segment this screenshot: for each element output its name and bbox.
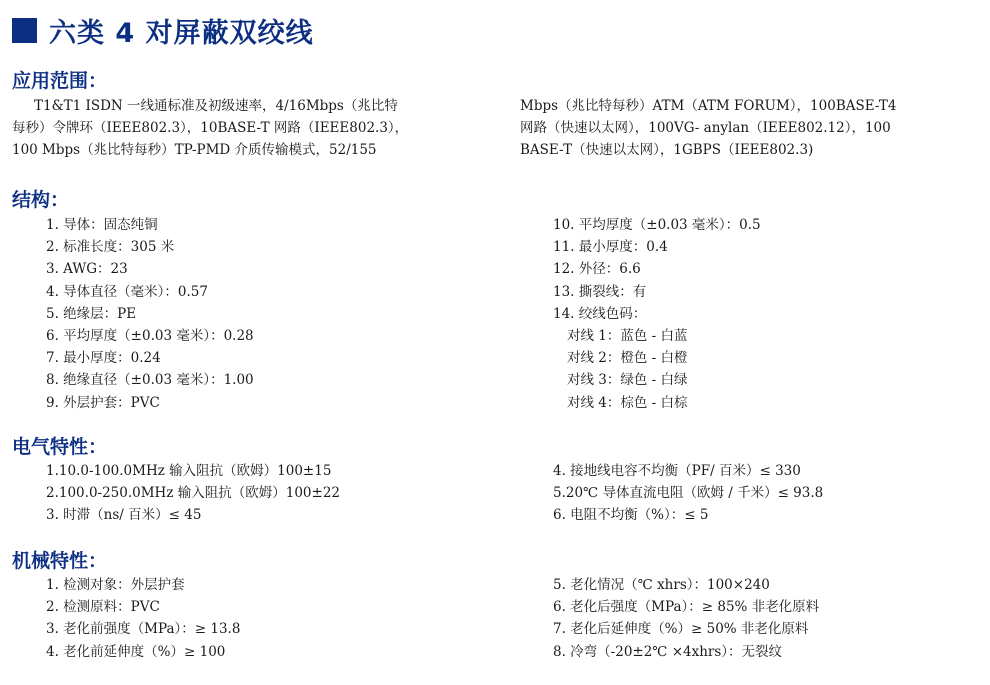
list-item: 6. 老化后强度（MPa）：≥ 85% 非老化原料: [553, 596, 819, 618]
list-item: 1. 检测对象：外层护套: [46, 574, 240, 596]
list-item: 1.10.0-100.0MHz 输入阻抗（欧姆）100±15: [46, 460, 340, 482]
list-item: 3. 时滞（ns/ 百米）≤ 45: [46, 504, 340, 526]
electrical-heading: 电气特性：: [12, 432, 107, 459]
list-item: 7. 最小厚度：0.24: [46, 347, 254, 369]
page-title: 六类 4 对屏蔽双绞线: [12, 12, 314, 48]
title-square-icon: [12, 18, 37, 43]
list-item: 6. 电阻不均衡（%）：≤ 5: [553, 504, 823, 526]
title-text: 六类 4 对屏蔽双绞线: [49, 11, 314, 50]
list-item: 8. 绝缘直径（±0.03 毫米）：1.00: [46, 369, 254, 391]
list-item: 7. 老化后延伸度（%）≥ 50% 非老化原料: [553, 618, 819, 640]
mechanical-right-list: 5. 老化情况（℃ xhrs）：100×240 6. 老化后强度（MPa）：≥ …: [553, 574, 819, 663]
list-item: 9. 外层护套：PVC: [46, 392, 254, 414]
list-item: 2.100.0-250.0MHz 输入阻抗（欧姆）100±22: [46, 482, 340, 504]
list-item: 4. 老化前延伸度（%）≥ 100: [46, 641, 240, 663]
color-code-item: 对线 3：绿色 - 白绿: [553, 369, 761, 391]
color-code-item: 对线 2：橙色 - 白橙: [553, 347, 761, 369]
list-item: 3. AWG：23: [46, 258, 254, 280]
structure-right-list: 10. 平均厚度（±0.03 毫米）：0.5 11. 最小厚度：0.4 12. …: [553, 214, 761, 414]
list-item: 11. 最小厚度：0.4: [553, 236, 761, 258]
list-item: 8. 冷弯（-20±2℃ ×4xhrs）：无裂纹: [553, 641, 819, 663]
application-left-line: T1&T1 ISDN 一线通标准及初级速率，4/16Mbps（兆比特: [12, 95, 408, 117]
application-heading: 应用范围：: [12, 66, 107, 93]
list-item: 1. 导体：固态纯铜: [46, 214, 254, 236]
application-right-line: Mbps（兆比特每秒）ATM（ATM FORUM），100BASE-T4: [520, 95, 897, 117]
electrical-left-list: 1.10.0-100.0MHz 输入阻抗（欧姆）100±15 2.100.0-2…: [46, 460, 340, 527]
application-right-paragraph: Mbps（兆比特每秒）ATM（ATM FORUM），100BASE-T4 网路（…: [520, 95, 897, 161]
list-item: 4. 接地线电容不均衡（PF/ 百米）≤ 330: [553, 460, 823, 482]
list-item: 14. 绞线色码：: [553, 303, 761, 325]
list-item: 5.20℃ 导体直流电阻（欧姆 / 千米）≤ 93.8: [553, 482, 823, 504]
list-item: 2. 检测原料：PVC: [46, 596, 240, 618]
list-item: 4. 导体直径（毫米）：0.57: [46, 281, 254, 303]
electrical-right-list: 4. 接地线电容不均衡（PF/ 百米）≤ 330 5.20℃ 导体直流电阻（欧姆…: [553, 460, 823, 527]
list-item: 5. 老化情况（℃ xhrs）：100×240: [553, 574, 819, 596]
list-item: 10. 平均厚度（±0.03 毫米）：0.5: [553, 214, 761, 236]
application-left-line: 每秒）令牌环（IEEE802.3），10BASE-T 网路（IEEE802.3）…: [12, 117, 408, 139]
application-left-line: 100 Mbps（兆比特每秒）TP-PMD 介质传输模式，52/155: [12, 139, 408, 161]
list-item: 6. 平均厚度（±0.03 毫米）：0.28: [46, 325, 254, 347]
list-item: 3. 老化前强度（MPa）：≥ 13.8: [46, 618, 240, 640]
structure-left-list: 1. 导体：固态纯铜 2. 标准长度：305 米 3. AWG：23 4. 导体…: [46, 214, 254, 414]
list-item: 5. 绝缘层：PE: [46, 303, 254, 325]
application-right-line: BASE-T（快速以太网），1GBPS（IEEE802.3): [520, 139, 897, 161]
application-left-paragraph: T1&T1 ISDN 一线通标准及初级速率，4/16Mbps（兆比特 每秒）令牌…: [12, 95, 408, 161]
mechanical-left-list: 1. 检测对象：外层护套 2. 检测原料：PVC 3. 老化前强度（MPa）：≥…: [46, 574, 240, 663]
color-code-item: 对线 4：棕色 - 白棕: [553, 392, 761, 414]
list-item: 13. 撕裂线：有: [553, 281, 761, 303]
structure-heading: 结构：: [12, 185, 69, 212]
list-item: 12. 外径：6.6: [553, 258, 761, 280]
list-item: 2. 标准长度：305 米: [46, 236, 254, 258]
color-code-item: 对线 1：蓝色 - 白蓝: [553, 325, 761, 347]
application-right-line: 网路（快速以太网），100VG- anylan（IEEE802.12），100: [520, 117, 897, 139]
mechanical-heading: 机械特性：: [12, 546, 107, 573]
